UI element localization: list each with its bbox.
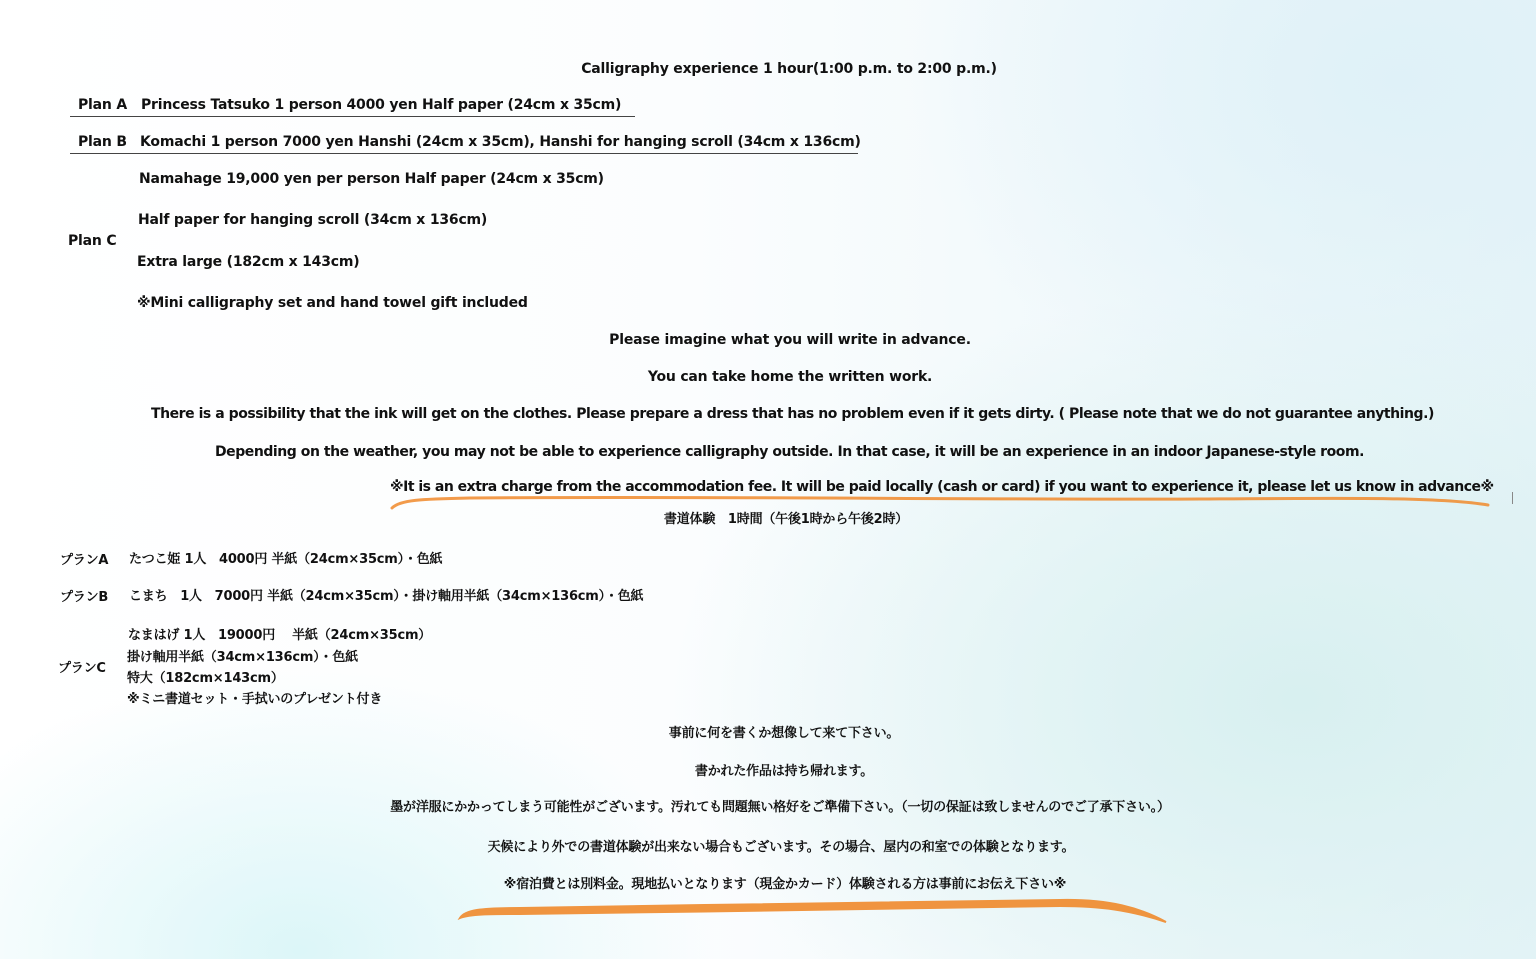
- jp-plan-c-line: 掛け軸用半紙（34cm×136cm）・色紙: [127, 646, 358, 665]
- note-imagine: Please imagine what you will write in ad…: [609, 332, 971, 348]
- plan-a-text: Princess Tatsuko 1 person 4000 yen Half …: [141, 97, 621, 113]
- plan-c-line: Extra large (182cm x 143cm): [137, 254, 359, 270]
- jp-plan-a-label: プランA: [60, 549, 108, 568]
- note-ink-warning: There is a possibility that the ink will…: [151, 406, 1434, 422]
- scan-mark: [1512, 492, 1513, 504]
- jp-note-ink-warning: 墨が洋服にかかってしまう可能性がございます。汚れても問題無い格好をご準備下さい。…: [390, 796, 1170, 815]
- english-title: Calligraphy experience 1 hour(1:00 p.m. …: [581, 61, 997, 77]
- plan-a-underline: [70, 116, 635, 117]
- japanese-title: 書道体験 1時間（午後1時から午後2時）: [664, 508, 908, 527]
- note-take-home: You can take home the written work.: [648, 369, 932, 385]
- jp-note-imagine: 事前に何を書くか想像して来て下さい。: [669, 722, 899, 741]
- plan-c-note: ※Mini calligraphy set and hand towel gif…: [137, 295, 528, 311]
- plan-a-label: Plan A: [78, 97, 127, 113]
- jp-plan-c-label: プランC: [58, 657, 106, 676]
- orange-marker-stroke-japanese: [460, 900, 1166, 922]
- orange-marker-stroke-english: [392, 497, 1488, 508]
- jp-plan-a-text: たつこ姫 1人 4000円 半紙（24cm×35cm）・色紙: [129, 548, 442, 567]
- note-extra-charge: ※It is an extra charge from the accommod…: [390, 479, 1494, 495]
- plan-b-text: Komachi 1 person 7000 yen Hanshi (24cm x…: [140, 134, 861, 150]
- jp-plan-c-line: 特大（182cm×143cm）: [127, 667, 284, 686]
- jp-plan-c-note: ※ミニ書道セット・手拭いのプレゼント付き: [127, 688, 382, 707]
- jp-plan-b-label: プランB: [60, 586, 108, 605]
- jp-note-weather: 天候により外での書道体験が出来ない場合もございます。その場合、屋内の和室での体験…: [488, 836, 1075, 855]
- plan-c-line: Namahage 19,000 yen per person Half pape…: [139, 171, 604, 187]
- plan-c-label: Plan C: [68, 233, 116, 249]
- jp-note-take-home: 書かれた作品は持ち帰れます。: [695, 760, 873, 779]
- jp-plan-b-text: こまち 1人 7000円 半紙（24cm×35cm）・掛け軸用半紙（34cm×1…: [129, 585, 643, 604]
- note-weather: Depending on the weather, you may not be…: [215, 444, 1364, 460]
- jp-note-extra-charge: ※宿泊費とは別料金。現地払いとなります（現金かカード）体験される方は事前にお伝え…: [504, 873, 1066, 892]
- plan-b-label: Plan B: [78, 134, 127, 150]
- plan-c-line: Half paper for hanging scroll (34cm x 13…: [138, 212, 487, 228]
- jp-plan-c-line: なまはげ 1人 19000円 半紙（24cm×35cm）: [128, 624, 431, 643]
- plan-b-underline: [70, 153, 858, 154]
